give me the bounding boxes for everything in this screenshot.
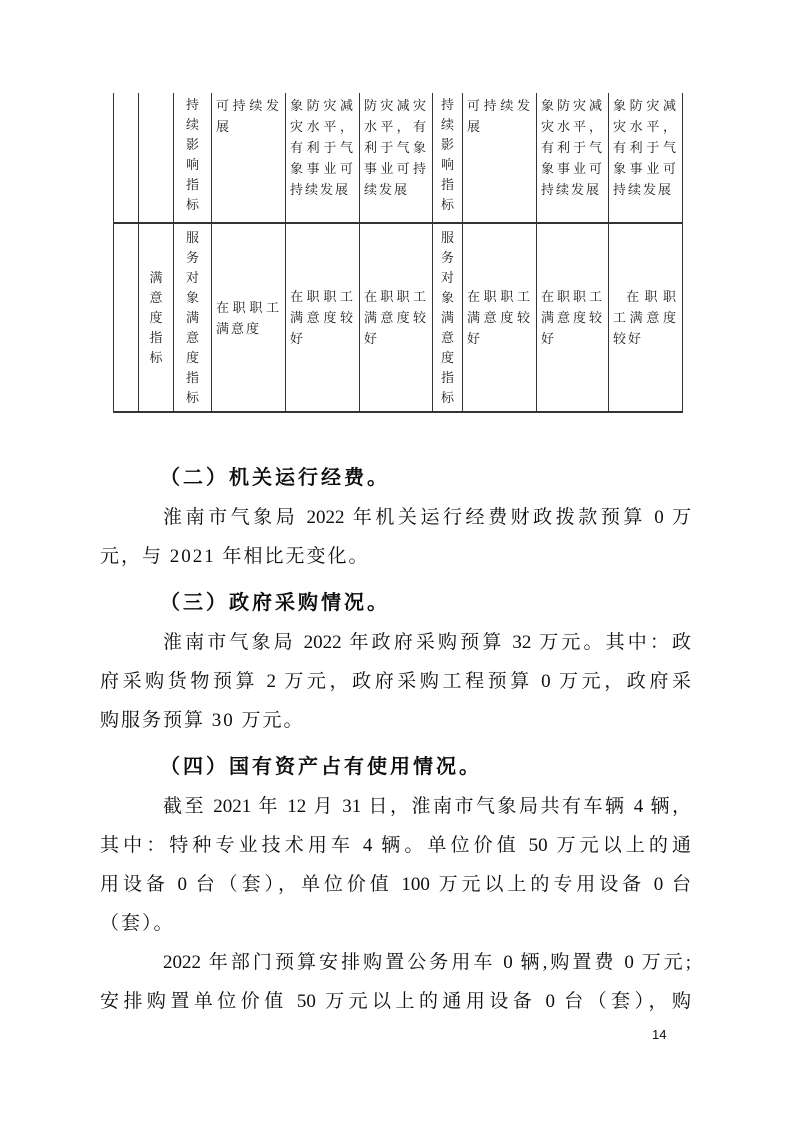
table-cell: 可持续发展 (212, 93, 286, 223)
paragraph-line: 元，与 2021 年相比无变化。 (100, 537, 691, 576)
table-cell (114, 223, 139, 412)
paragraph-line: 淮南市气象局 2022 年机关运行经费财政拨款预算 0 万 (100, 498, 691, 537)
section-heading-2: （二）机关运行经费。 (100, 459, 691, 498)
vertical-label: 持续影响指标 (441, 95, 455, 215)
vertical-label: 满意度指标 (149, 268, 163, 368)
paragraph-line: 淮南市气象局 2022 年政府采购预算 32 万元。其中：政 (100, 623, 691, 662)
table-cell: 在职职工满意度较好 (360, 223, 433, 412)
paragraph-line: 2022 年部门预算安排购置公务用车 0 辆,购置费 0 万元; (100, 943, 691, 982)
performance-indicators-table: 持续影响指标 可持续发展 象防灾减灾水平，有利于气象事业可持续发展 防灾减灾水平… (113, 93, 683, 413)
document-page: 持续影响指标 可持续发展 象防灾减灾水平，有利于气象事业可持续发展 防灾减灾水平… (0, 0, 793, 1122)
vertical-label: 服务对象满意度指标 (441, 228, 455, 408)
paragraph-line: （套）。 (100, 904, 691, 943)
table-cell: 象防灾减灾水平，有利于气象事业可持续发展 (537, 93, 609, 223)
table-cell (114, 93, 139, 223)
table-row: 满意度指标 服务对象满意度指标 在职职工满意度 在职职工满意度较好 在职职工满意… (114, 223, 683, 412)
vertical-label: 服务对象满意度指标 (186, 228, 200, 408)
table-cell: 在职职工满意度较好 (463, 223, 537, 412)
paragraph-line: 截至 2021 年 12 月 31 日，淮南市气象局共有车辆 4 辆， (100, 787, 691, 826)
paragraph-line: 安排购置单位价值 50 万元以上的通用设备 0 台（套），购 (100, 982, 691, 1021)
table-cell: 象防灾减灾水平，有利于气象事业可持续发展 (609, 93, 683, 223)
page-number: 14 (652, 1027, 666, 1042)
paragraph-line: 府采购货物预算 2 万元，政府采购工程预算 0 万元，政府采 (100, 662, 691, 701)
paragraph-line: 购服务预算 30 万元。 (100, 701, 691, 740)
table-row: 持续影响指标 可持续发展 象防灾减灾水平，有利于气象事业可持续发展 防灾减灾水平… (114, 93, 683, 223)
table-cell: 在职职工满意度较好 (537, 223, 609, 412)
table-cell: 防灾减灾水平，有利于气象事业可持续发展 (360, 93, 433, 223)
table-cell: 持续影响指标 (174, 93, 212, 223)
table-cell (139, 93, 174, 223)
table-cell: 服务对象满意度指标 (174, 223, 212, 412)
table-cell: 满意度指标 (139, 223, 174, 412)
vertical-label: 持续影响指标 (186, 95, 200, 215)
section-heading-3: （三）政府采购情况。 (100, 584, 691, 623)
body-text: （二）机关运行经费。 淮南市气象局 2022 年机关运行经费财政拨款预算 0 万… (100, 459, 691, 1021)
table-cell: 在职职工满意度 (212, 223, 286, 412)
table-cell: 在职职工满意度较好 (609, 223, 683, 412)
table-cell: 持续影响指标 (433, 93, 463, 223)
table-cell: 在职职工满意度较好 (286, 223, 360, 412)
table-cell: 可持续发展 (463, 93, 537, 223)
table-cell: 服务对象满意度指标 (433, 223, 463, 412)
section-heading-4: （四）国有资产占有使用情况。 (100, 748, 691, 787)
paragraph-line: 其中：特种专业技术用车 4 辆。单位价值 50 万元以上的通 (100, 826, 691, 865)
table-cell: 象防灾减灾水平，有利于气象事业可持续发展 (286, 93, 360, 223)
paragraph-line: 用设备 0 台（套），单位价值 100 万元以上的专用设备 0 台 (100, 865, 691, 904)
